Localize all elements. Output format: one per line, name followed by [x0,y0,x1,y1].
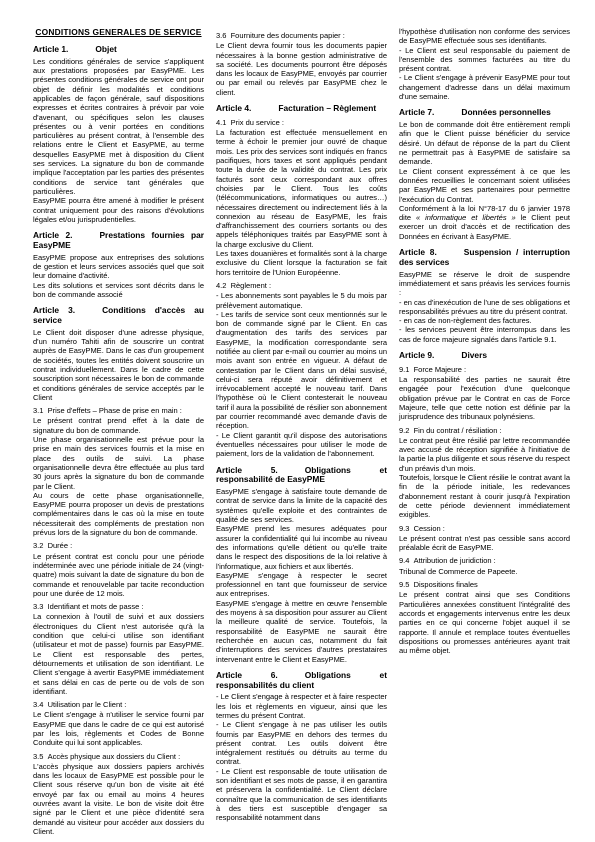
document-title: CONDITIONS GENERALES DE SERVICE [33,27,204,37]
sub-heading: 4.1 Prix du service : [216,118,387,127]
article-heading: Article 9.Divers [399,351,570,361]
article-number: Article 6. [216,670,278,680]
article-title: Objet [95,44,116,54]
article-number: Article 4. [216,103,251,113]
article-number: Article 8. [399,247,437,257]
article-number: Article 5. [216,465,278,475]
text-segment: « informatique et libertés » [416,213,516,222]
paragraph: - Le Client s'engage à prévenir EasyPME … [399,73,570,101]
paragraph: Tribunal de Commerce de Papeete. [399,567,570,576]
sub-heading: 9.4 Attribution de juridiction : [399,556,570,565]
article-heading: Article 1.Objet [33,45,204,55]
paragraph: Le présent contrat est conclu pour une p… [33,552,204,598]
paragraph: EasyPME se réserve le droit de suspendre… [399,270,570,298]
article-number: Article 3. [33,305,75,315]
paragraph: Le Client s'engage à n'utiliser le servi… [33,710,204,747]
paragraph: Le Client devra fournir tous les documen… [216,41,387,97]
paragraph: - en cas d'inexécution de l'une de ses o… [399,298,570,317]
paragraph: Conformément à la loi N°78-17 du 6 janvi… [399,204,570,241]
paragraph: Le bon de commande doit être entièrement… [399,120,570,166]
article-title: Données personnelles [461,107,550,117]
paragraph: - Le Client est responsable de toute uti… [216,767,387,823]
sub-heading: 3.5 Accès physique aux dossiers du Clien… [33,752,204,761]
paragraph: - en cas de non-règlement des factures. [399,316,570,325]
paragraph: Le Client doit disposer d'une adresse ph… [33,328,204,402]
sub-heading: 9.2 Fin du contrat / résiliation : [399,426,570,435]
document-page: CONDITIONS GENERALES DE SERVICEArticle 1… [0,0,595,842]
column-2: 3.6 Fourniture des documents papier :Le … [216,27,387,822]
paragraph: Le présent contrat prend effet à la date… [33,416,204,435]
paragraph: Les dits solutions et services sont décr… [33,281,204,300]
column-1: CONDITIONS GENERALES DE SERVICEArticle 1… [33,27,204,822]
paragraph: EasyPME pourra être amené à modifier le … [33,196,204,224]
article-heading: Article 5.Obligations et responsabilité … [216,466,387,486]
sub-heading: 9.5 Dispositions finales [399,580,570,589]
sub-heading: 9.1 Force Majeure : [399,365,570,374]
article-number: Article 7. [399,107,434,117]
paragraph: Une phase organisationnelle est prévue p… [33,435,204,491]
article-heading: Article 8.Suspension / interruption des … [399,248,570,268]
paragraph: EasyPME s'engage à satisfaire toute dema… [216,487,387,524]
paragraph: EasyPME s'engage à mettre en œuvre l'ens… [216,599,387,664]
sub-heading: 3.2 Durée : [33,541,204,550]
article-heading: Article 3.Conditions d'accès au service [33,306,204,326]
paragraph: - les services peuvent être interrompus … [399,325,570,344]
paragraph: l'hypothèse d'utilisation non conforme d… [399,27,570,46]
article-number: Article 1. [33,44,68,54]
sub-heading: 3.4 Utilisation par le Client : [33,700,204,709]
sub-heading: 3.1 Prise d'effets – Phase de prise en m… [33,406,204,415]
paragraph: L'accès physique aux dossiers papiers ar… [33,762,204,836]
paragraph: Le présent contrat ainsi que ses Conditi… [399,590,570,655]
article-heading: Article 7.Données personnelles [399,108,570,118]
paragraph: EasyPME propose aux entreprises des solu… [33,253,204,281]
article-number: Article 2. [33,230,72,240]
column-3: l'hypothèse d'utilisation non conforme d… [399,27,570,822]
article-heading: Article 4.Facturation – Règlement [216,104,387,114]
paragraph: - Le Client est seul responsable du paie… [399,46,570,74]
paragraph: - Le Client s'engage à respecter et à fa… [216,692,387,720]
paragraph: EasyPME prend les mesures adéquates pour… [216,524,387,570]
article-title: Facturation – Règlement [278,103,376,113]
paragraph: Le Client consent expressément à ce que … [399,167,570,204]
article-title: Divers [461,350,487,360]
sub-heading: 4.2 Règlement : [216,281,387,290]
article-number: Article 9. [399,350,434,360]
paragraph: Le contrat peut être résilié par lettre … [399,436,570,473]
paragraph: La responsabilité des parties ne saurait… [399,375,570,421]
paragraph: Au cours de cette phase organisationnell… [33,491,204,537]
paragraph: Les taxes douanières et formalités sont … [216,249,387,277]
sub-heading: 3.3 Identifiant et mots de passe : [33,602,204,611]
paragraph: La facturation est effectuée mensuelleme… [216,128,387,249]
sub-heading: 9.3 Cession : [399,524,570,533]
paragraph: EasyPME s'engage à respecter le secret p… [216,571,387,599]
paragraph: - Le Client garantit qu'il dispose des a… [216,431,387,459]
article-heading: Article 6.Obligations et responsabilités… [216,671,387,691]
paragraph: - Les tarifs de service sont ceux mentio… [216,310,387,431]
paragraph: Le présent contrat n'est pas cessible sa… [399,534,570,553]
article-heading: Article 2.Prestations fournies par EasyP… [33,231,204,251]
paragraph: - Les abonnements sont payables le 5 du … [216,291,387,310]
paragraph: La connexion à l'outil de suivi et aux d… [33,612,204,696]
sub-heading: 3.6 Fourniture des documents papier : [216,31,387,40]
paragraph: Toutefois, lorsque le Client résilie le … [399,473,570,519]
paragraph: - Le Client s'engage à ne pas utiliser l… [216,720,387,766]
paragraph: Les conditions générales de service s'ap… [33,57,204,196]
